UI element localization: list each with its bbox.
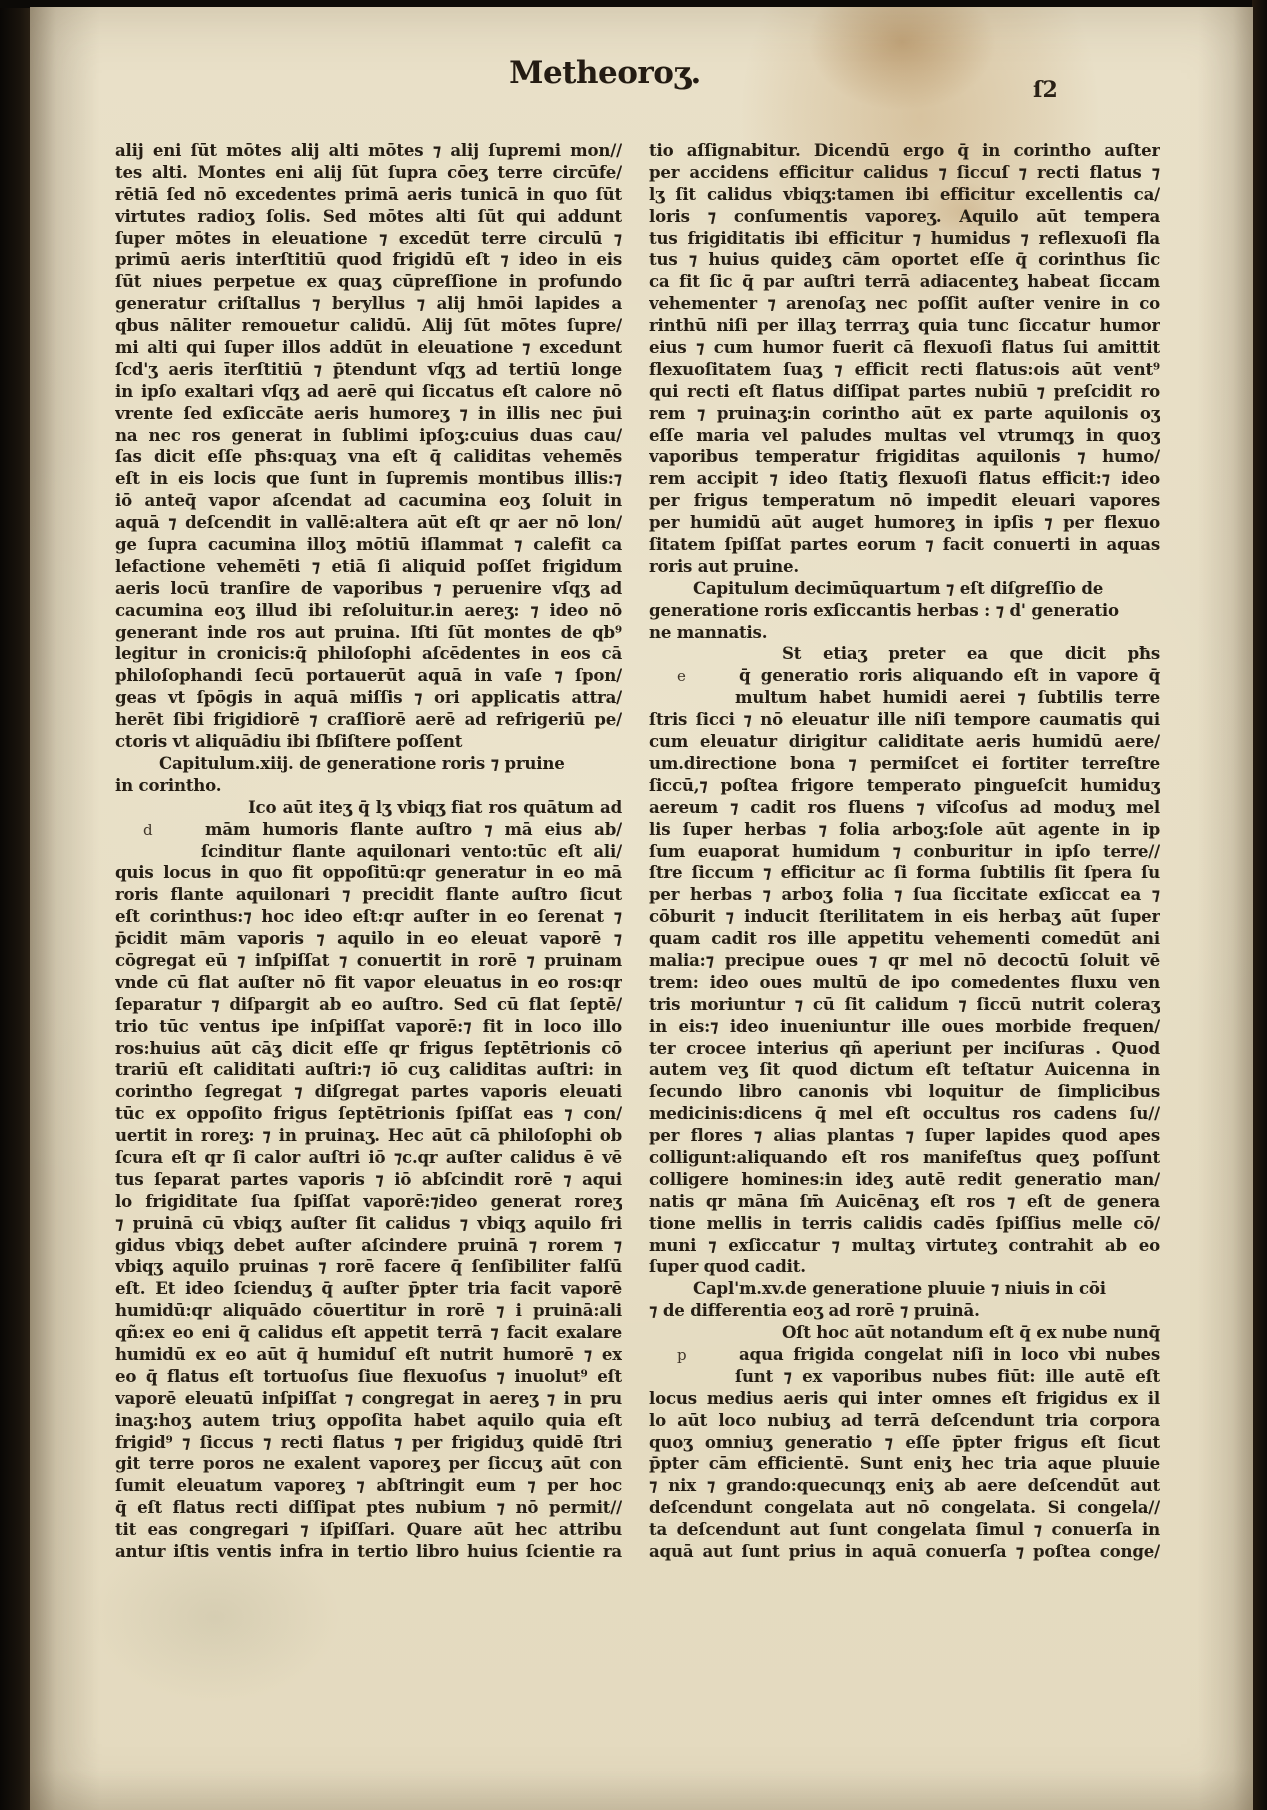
text-line: lo frigiditate ſua ſpiſſat vaporē:⁊ideo … (115, 1191, 622, 1213)
text-line: quis locus in quo fit oppoſitū:qr genera… (115, 862, 622, 884)
text-line: eſt corinthus:⁊ hoc ideo eſt:qr auſter i… (115, 906, 622, 928)
right-continuation-paragraph: tio aſſignabitur. Dicendū ergo q̄ in cor… (649, 140, 1160, 578)
text-line: rem accipit ⁊ ideo ſtatiʒ flexuoſi flatu… (649, 468, 1160, 490)
column-left: alij eni ſūt mōtes alij alti mōtes ⁊ ali… (115, 140, 622, 1563)
text-line: ſūt niues perpetue ex quaʒ cūpreſſione i… (115, 271, 622, 293)
text-line: ſecundo libro canonis vbi loquitur de ſi… (649, 1081, 1160, 1103)
text-line: ca fit ſic q̄ par auſtri terrā adiacente… (649, 271, 1160, 293)
text-line: alij eni ſūt mōtes alij alti mōtes ⁊ ali… (115, 140, 622, 162)
text-line: um.directione bona ⁊ permiſcet ei fortit… (649, 753, 1160, 775)
initial-guide-letter: e (677, 667, 686, 685)
text-line: q̄ generatio roris aliquando eſt in vapo… (649, 665, 1160, 687)
text-line: tris moriuntur ⁊ cū ſit calidum ⁊ ſiccū … (649, 994, 1160, 1016)
text-line: ſunt ⁊ ex vaporibus nubes fiūt: ille aut… (649, 1366, 1160, 1388)
text-line: generatione roris exſiccantis herbas : ⁊… (649, 600, 1160, 622)
book-gutter-shadow (0, 0, 34, 1810)
chapter-14-heading: Capitulum decimūquartum ⁊ eſt diſgreſſio… (649, 578, 1160, 644)
text-line: lefactione vehemēti ⁊ etiā ſi aliquid po… (115, 556, 622, 578)
text-line: qui recti eſt flatus diſſipat partes nub… (649, 381, 1160, 403)
text-line: eſt. Et ideo ſcienduʒ q̄ auſter p̄pter t… (115, 1278, 622, 1300)
text-line: ctoris vt aliquādiu ibi ſbſiſtere poſſen… (115, 731, 622, 753)
text-line: tus ſeparat partes vaporis ⁊ iō abſcindi… (115, 1169, 622, 1191)
text-line: ⁊ pruinā cū vbiqʒ auſter ſit calidus ⁊ v… (115, 1213, 622, 1235)
text-line: generant inde ros aut pruina. Iſti ſūt m… (115, 622, 622, 644)
text-line: uertit in roreʒ: ⁊ in pruinaʒ. Hec aūt c… (115, 1125, 622, 1147)
text-line: Oſt hoc aūt notandum eſt q̄ ex nube nunq… (649, 1322, 1160, 1344)
text-line: qbus nāliter remouetur calidū. Alij ſūt … (115, 315, 622, 337)
text-line: per herbas ⁊ arboʒ folia ⁊ ſua ſiccitate… (649, 884, 1160, 906)
text-line: ſas dicit eſſe pħs:quaʒ vna eſt q̄ calid… (115, 446, 622, 468)
text-line: gidus vbiqʒ debet auſter aſcindere pruin… (115, 1235, 622, 1257)
text-line: ſuper quod cadit. (649, 1256, 1160, 1278)
page-paper: Metheoroʒ. ſ2 alij eni ſūt mōtes alij al… (30, 7, 1253, 1810)
text-line: autem veʒ ſit quod dictum eſt teſtatur A… (649, 1059, 1160, 1081)
text-line: q̄ eſt flatus recti diſſipat ptes nubium… (115, 1497, 622, 1519)
text-line: vbiqʒ aquilo pruinas ⁊ rorē facere q̄ ſe… (115, 1256, 622, 1278)
scan-right-edge (1252, 0, 1267, 1810)
text-line: geas vt ſpōgis in aquā miſſis ⁊ ori appl… (115, 687, 622, 709)
initial-guide-letter: d (143, 821, 153, 839)
text-line: roris flante aquilonari ⁊ precidit flant… (115, 884, 622, 906)
text-line: tes alti. Montes eni alij ſūt ſupra cōeʒ… (115, 162, 622, 184)
text-line: git terre poros ne exalent vaporeʒ per ſ… (115, 1453, 622, 1475)
text-line: tus frigiditatis ibi efficitur ⁊ humidus… (649, 228, 1160, 250)
text-line: ſtre ſiccum ⁊ efficitur ac ſi forma ſubt… (649, 862, 1160, 884)
chapter-15-heading: Capl'm.xv.de generatione pluuie ⁊ niuis … (649, 1278, 1160, 1322)
text-line: rinthū niſi per illaʒ terrraʒ quia tunc … (649, 315, 1160, 337)
text-line: tione mellis in terris calidis cadēs ſpi… (649, 1213, 1160, 1235)
text-line: per humidū aūt auget humoreʒ in ipſis ⁊ … (649, 512, 1160, 534)
text-line: humidū:qr aliquādo cōuertitur in rorē ⁊ … (115, 1300, 622, 1322)
text-line: inaʒ:hoʒ autem triuʒ oppoſita habet aqui… (115, 1410, 622, 1432)
text-line: loris ⁊ conſumentis vaporeʒ. Aquilo aūt … (649, 206, 1160, 228)
text-line: iō anteq̄ vapor aſcendat ad cacumina eoʒ… (115, 490, 622, 512)
left-continuation-paragraph: alij eni ſūt mōtes alij alti mōtes ⁊ ali… (115, 140, 622, 753)
text-line: tit eas congregari ⁊ iſpiſſari. Quare aū… (115, 1519, 622, 1541)
text-line: Capitulum.xiij. de generatione roris ⁊ p… (115, 753, 622, 775)
text-line: locus medius aeris qui inter omnes eſt f… (649, 1388, 1160, 1410)
text-line: per flores ⁊ alias plantas ⁊ ſuper lapid… (649, 1125, 1160, 1147)
text-line: na nec ros generat in ſublimi ipſoʒ:cuiu… (115, 425, 622, 447)
text-line: ⁊ de differentia eoʒ ad rorē ⁊ pruinā. (649, 1300, 1160, 1322)
text-line: ta deſcendunt aut ſunt congelata ſimul ⁊… (649, 1519, 1160, 1541)
text-line: tūc ex oppoſito frigus ſeptētrionis ſpiſ… (115, 1103, 622, 1125)
chapter-15-paragraph: pOſt hoc aūt notandum eſt q̄ ex nube nun… (649, 1322, 1160, 1563)
text-line: in corintho. (115, 775, 622, 797)
text-line: aquā aut ſunt prius in aquā conuerſa ⁊ p… (649, 1541, 1160, 1563)
running-title: Metheoroʒ. (460, 55, 750, 91)
text-line: tus ⁊ huius quideʒ cām oportet eſſe q̄ c… (649, 249, 1160, 271)
text-line: ſuper mōtes in eleuatione ⁊ excedūt terr… (115, 228, 622, 250)
text-line: deſcendunt congelata aut nō congelata. S… (649, 1497, 1160, 1519)
text-line: aeris locū tranſire de vaporibus ⁊ perue… (115, 578, 622, 600)
text-line: ſcd'ʒ aeris īterſtitiū ⁊ p̄tendunt vſqʒ … (115, 359, 622, 381)
text-line: ſitatem ſpiſſat partes eorum ⁊ facit con… (649, 534, 1160, 556)
text-line: colligere homines:in ideʒ autē redit gen… (649, 1169, 1160, 1191)
column-right: tio aſſignabitur. Dicendū ergo q̄ in cor… (649, 140, 1160, 1563)
text-line: in eis:⁊ ideo inueniuntur ille oues morb… (649, 1016, 1160, 1038)
text-line: cōburit ⁊ inducit ſterilitatem in eis he… (649, 906, 1160, 928)
folio-number: ſ2 (1033, 77, 1058, 103)
chapter-13-heading: Capitulum.xiij. de generatione roris ⁊ p… (115, 753, 622, 797)
text-line: multum habet humidi aerei ⁊ ſubtilis ter… (649, 687, 1160, 709)
text-line: ſtris ſicci ⁊ nō eleuatur ille niſi temp… (649, 709, 1160, 731)
text-line: cacumina eoʒ illud ibi reſoluitur.in aer… (115, 600, 622, 622)
text-line: in ipſo exaltari vſqʒ ad aerē qui ſiccat… (115, 381, 622, 403)
text-line: qñ:ex eo eni q̄ calidus eſt appetit terr… (115, 1322, 622, 1344)
text-line: ſumit eleuatum vaporeʒ ⁊ abſtringit eum … (115, 1475, 622, 1497)
text-line: ſeparatur ⁊ diſpargit ab eo auſtro. Sed … (115, 994, 622, 1016)
text-line: vnde cū flat auſter nō fit vapor eleuatu… (115, 972, 622, 994)
text-line: per accidens efficitur calidus ⁊ ſiccuſ … (649, 162, 1160, 184)
text-line: lo aūt loco nubiuʒ ad terrā deſcendunt t… (649, 1410, 1160, 1432)
text-line: colligunt:aliquando eſt ros manifeſtus q… (649, 1147, 1160, 1169)
text-line: mām humoris flante auſtro ⁊ mā eius ab/ (115, 819, 622, 841)
text-line: vrente ſed exſiccāte aeris humoreʒ ⁊ in … (115, 403, 622, 425)
text-line: mi alti qui ſuper illos addūt in eleuati… (115, 337, 622, 359)
text-line: antur iſtis ventis infra in tertio libro… (115, 1541, 622, 1563)
text-line: tio aſſignabitur. Dicendū ergo q̄ in cor… (649, 140, 1160, 162)
text-line: ⁊ nix ⁊ grando:quecunqʒ eniʒ ab aere deſ… (649, 1475, 1160, 1497)
text-line: malia:⁊ precipue oues ⁊ qr mel nō decoct… (649, 950, 1160, 972)
text-line: frigid⁹ ⁊ ſiccus ⁊ recti flatus ⁊ per fr… (115, 1432, 622, 1454)
text-line: Ico aūt iteʒ q̄ lʒ vbiqʒ fiat ros quātum… (115, 797, 622, 819)
text-line: legitur in cronicis:q̄ philoſophi aſcēde… (115, 643, 622, 665)
text-line: corintho ſegregat ⁊ diſgregat partes vap… (115, 1081, 622, 1103)
text-line: p̄pter cām efficientē. Sunt eniʒ hec tri… (649, 1453, 1160, 1475)
text-line: primū aeris interſtitiū quod frigidū eſt… (115, 249, 622, 271)
text-line: cōgregat eū ⁊ inſpiſſat ⁊ conuertit in r… (115, 950, 622, 972)
text-line: roris aut pruine. (649, 556, 1160, 578)
text-line: ge ſupra cacumina illoʒ mōtiū iſlammat ⁊… (115, 534, 622, 556)
text-line: vaporē eleuatū inſpiſſat ⁊ congregat in … (115, 1388, 622, 1410)
text-line: lʒ ſit calidus vbiqʒ:tamen ibi efficitur… (649, 184, 1160, 206)
text-line: eſt in eis locis que ſunt in ſupremis mo… (115, 468, 622, 490)
text-line: ter crocee interius qñ aperiunt per inci… (649, 1038, 1160, 1060)
text-line: eius ⁊ cum humor fuerit cā flexuoſi flat… (649, 337, 1160, 359)
text-line: natis qr māna ſm̄ Auicēnaʒ eſt ros ⁊ eſt… (649, 1191, 1160, 1213)
text-line: eſſe maria vel paludes multas vel vtrumq… (649, 425, 1160, 447)
initial-guide-letter: p (677, 1346, 687, 1364)
text-line: vehementer ⁊ arenoſaʒ nec poſſit auſter … (649, 293, 1160, 315)
text-line: St etiaʒ preter ea que dicit pħs attende… (649, 643, 1160, 665)
text-line: quoʒ omniuʒ generatio ⁊ eſſe p̄pter frig… (649, 1432, 1160, 1454)
text-line: rem ⁊ pruinaʒ:in corintho aūt ex parte a… (649, 403, 1160, 425)
text-line: ſum euaporat humidum ⁊ conburitur in ipſ… (649, 841, 1160, 863)
text-line: aereum ⁊ cadit ros fluens ⁊ viſcoſus ad … (649, 797, 1160, 819)
text-line: herēt ſibi frigidiorē ⁊ craſſiorē aerē a… (115, 709, 622, 731)
text-line: quam cadit ros ille appetitu vehementi c… (649, 928, 1160, 950)
text-line: humidū ex eo aūt q̄ humiduſ eſt nutrit h… (115, 1344, 622, 1366)
text-line: ros:huius aūt cāʒ dicit eſſe qr frigus ſ… (115, 1038, 622, 1060)
text-line: generatur criſtallus ⁊ beryllus ⁊ alij h… (115, 293, 622, 315)
text-line: virtutes radioʒ ſolis. Sed mōtes alti ſū… (115, 206, 622, 228)
text-line: medicinis:dicens q̄ mel eſt occultus ros… (649, 1103, 1160, 1125)
text-line: ſiccū,⁊ poſtea frigore temperato pingueſ… (649, 775, 1160, 797)
chapter-14-paragraph: eSt etiaʒ preter ea que dicit pħs attend… (649, 643, 1160, 1278)
text-line: ne mannatis. (649, 622, 1160, 644)
text-line: ſcura eſt qr ſi calor auſtri iō ⁊c.qr au… (115, 1147, 622, 1169)
text-line: Capl'm.xv.de generatione pluuie ⁊ niuis … (649, 1278, 1160, 1300)
text-line: trariū eſt caliditati auſtri:⁊ iō cuʒ ca… (115, 1059, 622, 1081)
text-line: cum eleuatur dirigitur caliditate aeris … (649, 731, 1160, 753)
text-line: philoſophandi ſecū portauerūt aquā in va… (115, 665, 622, 687)
text-line: rētiā ſed nō excedentes primā aeris tuni… (115, 184, 622, 206)
text-line: ſcinditur flante aquilonari vento:tūc eſ… (115, 841, 622, 863)
text-line: per frigus temperatum nō impedit eleuari… (649, 490, 1160, 512)
text-line: p̄cidit mām vaporis ⁊ aquilo in eo eleua… (115, 928, 622, 950)
text-line: eo q̄ flatus eſt tortuoſus ſiue flexuoſu… (115, 1366, 622, 1388)
text-line: aquā ⁊ deſcendit in vallē:altera aūt eſt… (115, 512, 622, 534)
text-line: trem: ideo oues multū de ipo comedentes … (649, 972, 1160, 994)
text-line: aqua frigida congelat niſi in loco vbi n… (649, 1344, 1160, 1366)
text-line: trio tūc ventus ipe inſpiſſat vaporē:⁊ f… (115, 1016, 622, 1038)
text-line: Capitulum decimūquartum ⁊ eſt diſgreſſio… (649, 578, 1160, 600)
chapter-13-paragraph: dIco aūt iteʒ q̄ lʒ vbiqʒ fiat ros quātu… (115, 797, 622, 1563)
text-line: muni ⁊ exſiccatur ⁊ multaʒ virtuteʒ cont… (649, 1235, 1160, 1257)
text-line: flexuoſitatem ſuaʒ ⁊ efficit recti flatu… (649, 359, 1160, 381)
text-line: lis ſuper herbas ⁊ folia arboʒ:ſole aūt … (649, 819, 1160, 841)
text-line: vaporibus temperatur frigiditas aquiloni… (649, 446, 1160, 468)
